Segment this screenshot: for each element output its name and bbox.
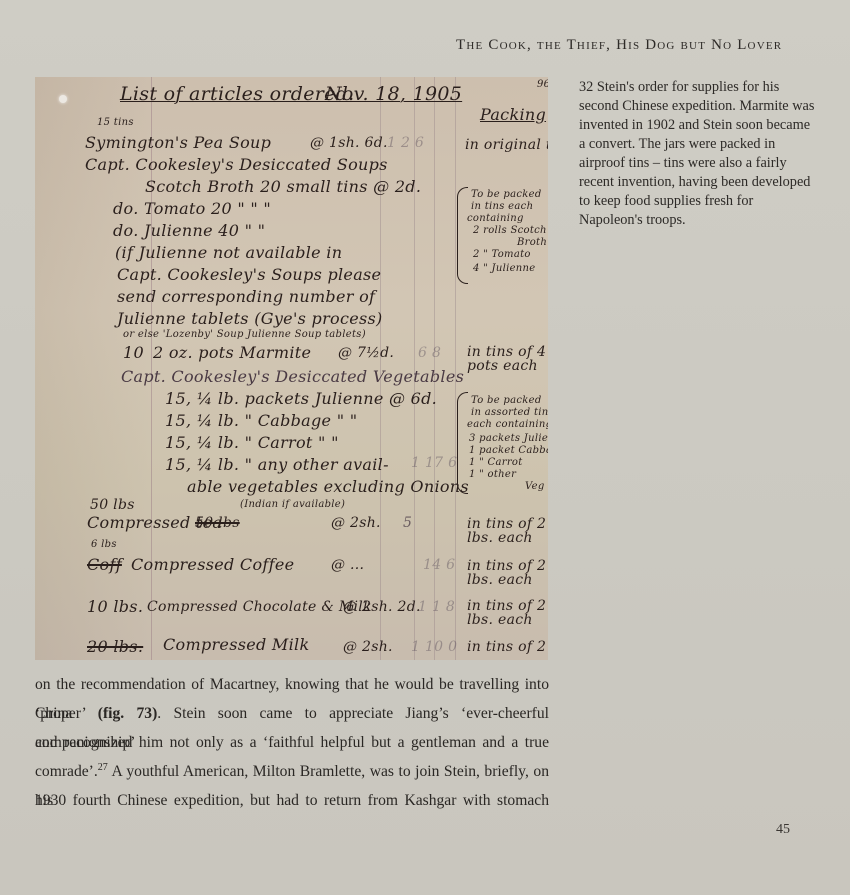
packing-note: in tins of 2 lbs. each (467, 517, 547, 545)
order-line: 15, ¼ lb. packets Julienne @ 6d. (165, 389, 437, 408)
order-line: or else 'Lozenby' Soup Julienne Soup tab… (123, 329, 366, 340)
order-price: @ 1sh. 6d. (310, 135, 388, 151)
order-line: Scotch Broth 20 small tins @ 2d. (145, 177, 421, 196)
order-line: Compressed Chocolate & Milk (147, 599, 372, 615)
body-line: 1930 fourth Chinese expedition, but had … (35, 786, 549, 815)
ledger-amount: 6 8 (418, 345, 441, 361)
order-line: Compressed Coffee (131, 555, 294, 574)
body-line: comrade’.27 A youthful American, Milton … (35, 757, 549, 786)
veg-packing-line: 1 " other (469, 469, 516, 480)
soup-packing-line: 2 " Tomato (473, 249, 531, 260)
order-line: do. Tomato 20 " " " (113, 199, 271, 218)
order-line: 2 oz. pots Marmite (153, 343, 311, 362)
packing-note: in tins of 4 pots each (467, 345, 547, 373)
body-line: on the recommendation of Macartney, know… (35, 670, 549, 699)
ledger-amount: 5 (403, 515, 412, 531)
qty-note: 15 tins (97, 117, 134, 128)
soup-packing-line: 2 rolls Scotch (473, 225, 547, 236)
veg-packing-line: To be packed (471, 395, 542, 406)
pin-hole (59, 95, 67, 103)
order-line: (if Julienne not available in (115, 243, 342, 262)
struck-text: 50 lbs (195, 515, 240, 531)
running-head: The Cook, the Thief, His Dog but No Love… (456, 37, 796, 54)
order-price: @ 2sh. (343, 639, 393, 655)
figure-handwritten-order-list: 96 List of articles ordered. Nov. 18, 19… (35, 77, 548, 660)
veg-packing-line: 1 " Carrot (469, 457, 523, 468)
struck-text: Coff (87, 555, 122, 574)
veg-packing-line: each containing (467, 419, 548, 430)
order-line: 15, ¼ lb. " any other avail- (165, 455, 389, 474)
qty-note: 10 lbs. (87, 597, 143, 616)
packing-note: in tins of 2 lbs. each (467, 599, 547, 627)
order-line: Julienne tablets (Gye's process) (117, 309, 383, 328)
order-line: send corresponding number of (117, 287, 375, 306)
packing-note: in tins of 2 lbs. each (467, 559, 547, 587)
ledger-amount: 14 6 (423, 557, 455, 573)
order-line: 15, ¼ lb. " Cabbage " " (165, 411, 357, 430)
body-line: ‘proper’ (fig. 73). Stein soon came to a… (35, 699, 549, 728)
veg-packing-line: in assorted tins (471, 407, 548, 418)
ledger-amount: 1 1 8 (418, 599, 455, 615)
ledger-amount: 1 10 0 (411, 639, 457, 655)
brace (457, 187, 468, 284)
order-line: 15, ¼ lb. " Carrot " " (165, 433, 339, 452)
ledger-amount: 1 17 6 (411, 455, 457, 471)
brace (457, 392, 468, 494)
footnote-marker: 27 (98, 762, 108, 773)
soup-packing-line: 4 " Julienne (473, 263, 535, 274)
soup-packing-line: in tins each (471, 201, 533, 212)
order-line: Capt. Cookesley's Desiccated Vegetables (121, 367, 464, 386)
order-line: Symington's Pea Soup (85, 133, 271, 152)
soup-packing-line: To be packed (471, 189, 542, 200)
qty-note: 10 (123, 343, 144, 362)
packing-note: in original tins (465, 137, 548, 153)
figure-reference: (fig. 73) (98, 705, 157, 722)
order-line: able vegetables excluding Onions (187, 477, 469, 496)
qty-note: 20 lbs. (87, 637, 143, 656)
packing-note: in tins of 2 lbs. (467, 639, 548, 655)
order-line: Capt. Cookesley's Desiccated Soups (85, 155, 388, 174)
veg-packing-line: 1 packet Cabbage (469, 445, 548, 456)
page-number: 45 (776, 822, 790, 838)
body-text: on the recommendation of Macartney, know… (35, 670, 549, 815)
body-line: and recognized him not only as a ‘faithf… (35, 728, 549, 757)
order-price: @ 2sh. (331, 515, 381, 531)
veg-packing-line: Veg (525, 481, 545, 492)
figure-caption: 32 Stein's order for supplies for his se… (579, 78, 819, 230)
order-line: Capt. Cookesley's Soups please (117, 265, 381, 284)
order-line: Compressed Milk (163, 635, 309, 654)
packing-header: Packing (480, 105, 546, 124)
document-date: Nov. 18, 1905 (325, 83, 462, 105)
soup-packing-line: Broth (517, 237, 547, 248)
soup-packing-line: containing (467, 213, 524, 224)
qty-note: 50 lbs (90, 497, 135, 513)
corner-note: 96 (537, 79, 548, 90)
indian-note: (Indian if available) (240, 499, 345, 510)
ledger-amount: 1 2 6 (387, 135, 424, 151)
qty-note: 6 lbs (91, 539, 117, 550)
order-price: @ 2sh. 2d. (343, 599, 421, 615)
order-price: @ 7½d. (338, 345, 394, 361)
veg-packing-line: 3 packets Julienne (469, 433, 548, 444)
document-title: List of articles ordered. (120, 83, 354, 105)
order-line: do. Julienne 40 " " (113, 221, 265, 240)
order-price: @ ... (331, 557, 364, 573)
